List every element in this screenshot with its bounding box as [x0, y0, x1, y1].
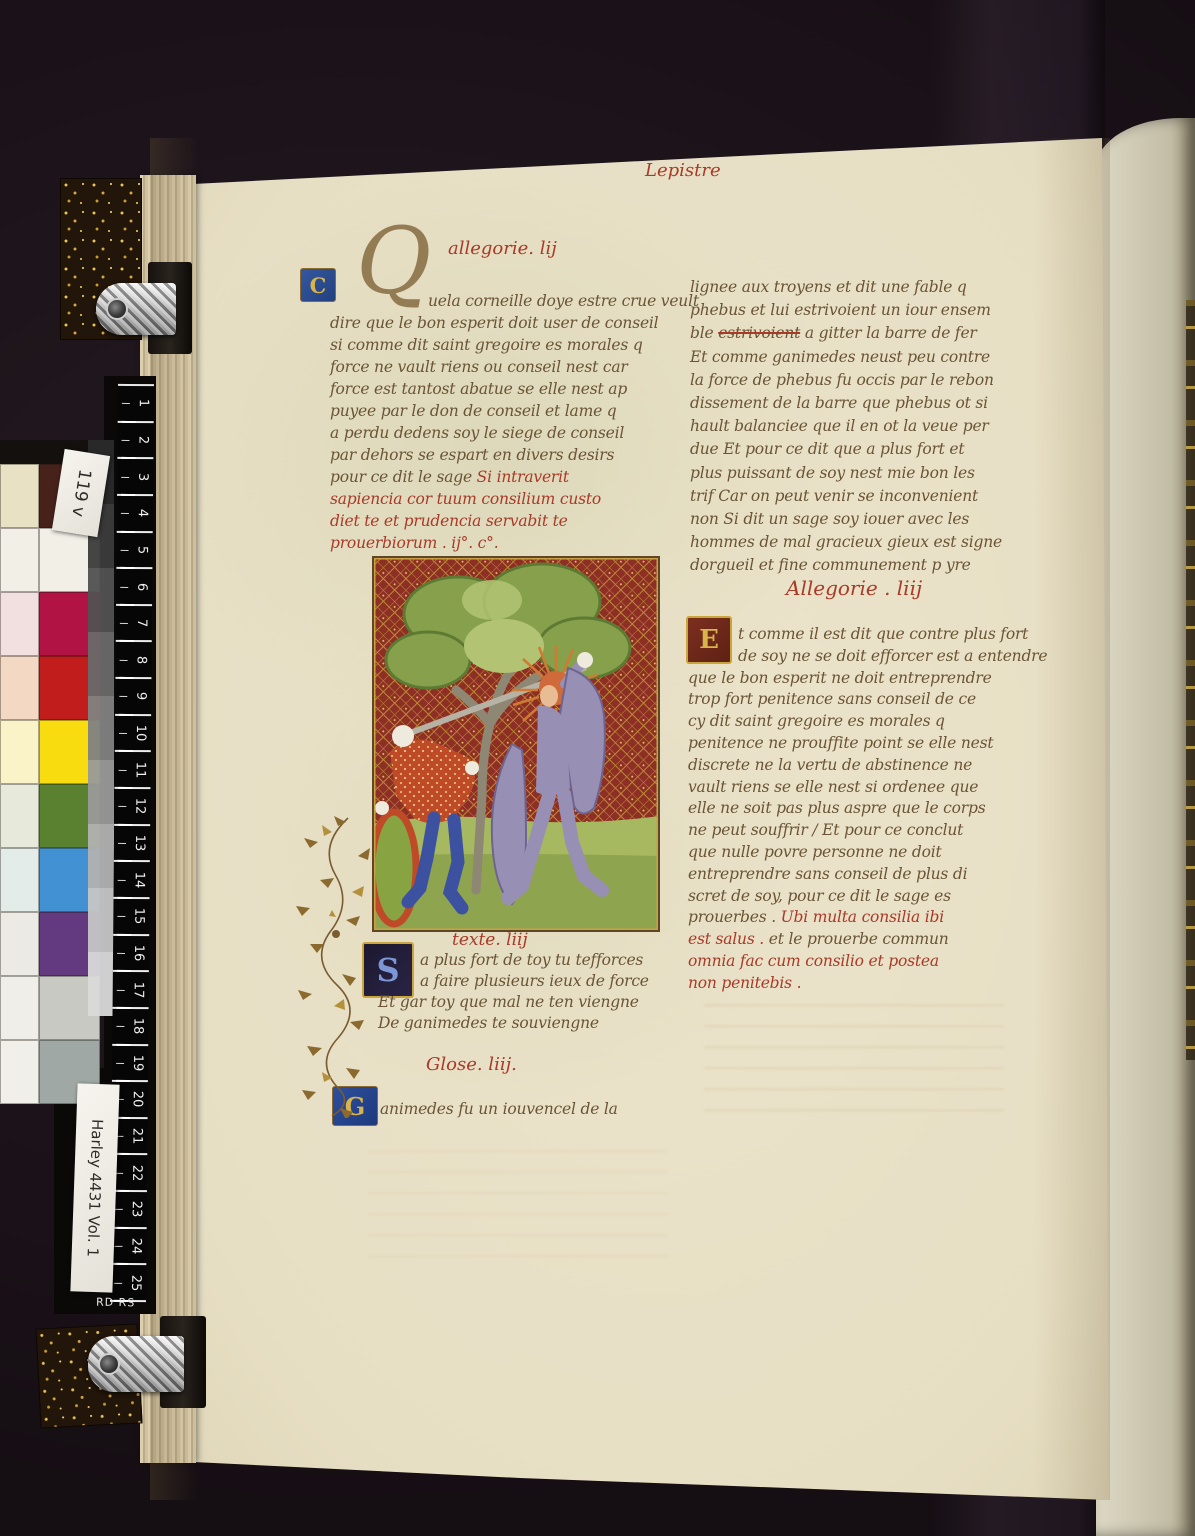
- text-line: hault balanciee que il en ot la veue per: [690, 415, 1026, 438]
- text-line: Et comme ganimedes neust peu contre: [690, 346, 1026, 369]
- text-line: trop fort penitence sans conseil de ce: [688, 689, 1026, 711]
- color-swatch: [0, 592, 39, 656]
- text-line: prouerbiorum . ij°. c°.: [330, 532, 686, 554]
- text-line: phebus et lui estrivoient un iour ensem: [690, 299, 1026, 322]
- running-title: Lepistre: [645, 160, 721, 181]
- phebus-face: [540, 685, 558, 707]
- gray-step: [88, 824, 114, 888]
- gilt-page-edge: [1186, 300, 1195, 1060]
- gray-step: [88, 952, 114, 1016]
- ruler-cm-cell: 5: [116, 532, 152, 569]
- allegorie-53-header: Allegorie . liij: [786, 576, 922, 600]
- text-line: dissement de la barre que phebus ot si: [690, 392, 1026, 415]
- metal-clip-bottom: [88, 1336, 184, 1392]
- text-line: a plus fort de toy tu tefforces: [378, 950, 698, 971]
- ivy-vine-decoration: [288, 816, 378, 1118]
- text-line: a perdu dedens soy le siege de conseil: [330, 422, 686, 444]
- text-line: ne peut souffrir / Et pour ce conclut: [688, 820, 1026, 842]
- gray-step: [88, 696, 114, 760]
- ruler-cm-cell: 19: [112, 1045, 148, 1082]
- text-line: pour ce dit le sage Si intraverit: [330, 466, 686, 488]
- ruler-cm-cell: 11: [114, 752, 150, 789]
- colorbar-row: [0, 912, 100, 976]
- facing-page-edges: [1096, 118, 1195, 1536]
- phebus-hand: [577, 652, 593, 668]
- ruler-cm-cell: 6: [116, 569, 152, 606]
- text-line: force ne vault riens ou conseil nest car: [330, 356, 686, 378]
- text-line: a faire plusieurs ieux de force: [378, 971, 698, 992]
- ruler-cm-cell: 24: [110, 1229, 146, 1266]
- text-line: animedes fu un iouvencel de la: [380, 1098, 710, 1120]
- text-line: entreprendre sans conseil de plus di: [688, 864, 1026, 886]
- ruler-cm-cell: 17: [113, 972, 149, 1009]
- text-line: prouerbes . Ubi multa consilia ibi: [688, 907, 1026, 929]
- gray-step: [88, 760, 114, 824]
- text-line: sapiencia cor tuum consilium custo: [330, 488, 686, 510]
- clip-hole: [98, 1353, 120, 1375]
- text-line: elle ne soit pas plus aspre que le corps: [688, 798, 1026, 820]
- text-line: que nulle povre personne ne doit: [688, 842, 1026, 864]
- ruler-cm-cell: 3: [117, 459, 153, 496]
- color-swatch: [0, 912, 39, 976]
- ruler-cm-cell: 10: [115, 716, 151, 753]
- text-line: dire que le bon esperit doit user de con…: [330, 312, 686, 334]
- glose-header: Glose. liij.: [426, 1054, 517, 1075]
- bleed-through-text: [368, 1150, 668, 1262]
- text-line: ble estrivoient a gitter la barre de fer: [690, 322, 1026, 345]
- miniature-ganymede-phebus: [372, 556, 660, 932]
- color-swatch: [0, 720, 39, 784]
- text-line: scret de soy, pour ce dit le sage es: [688, 886, 1026, 908]
- text-line: uela corneille doye estre crue veult: [330, 290, 686, 312]
- text-line: t comme il est dit que contre plus fort: [688, 624, 1026, 646]
- gray-step: [88, 568, 114, 632]
- ruler-cm-cell: 9: [115, 679, 151, 716]
- text-line: trif Car on peut venir se inconvenient: [690, 485, 1026, 508]
- text-line: dorgueil et fine communement p yre: [690, 554, 1026, 577]
- ganymede-head: [392, 725, 414, 747]
- ruler-cm-cell: 1: [118, 386, 154, 423]
- text-line: non penitebis .: [688, 973, 1026, 995]
- left-text-column: uela corneille doye estre crue veultdire…: [330, 290, 686, 554]
- ruler-cm-cell: 16: [113, 935, 149, 972]
- ivy-gold-leaves: [322, 825, 364, 1082]
- text-line: lignee aux troyens et dit une fable q: [690, 276, 1026, 299]
- ruler-cm-cell: 18: [112, 1009, 148, 1046]
- ruler-caption: RD RS: [96, 1296, 135, 1310]
- color-swatch: [0, 1040, 39, 1104]
- ruler-cm-cell: 2: [117, 422, 153, 459]
- text-line: la force de phebus fu occis par le rebon: [690, 369, 1026, 392]
- metal-clip-top: [96, 283, 176, 335]
- shelfmark-sticker: Harley 4431 Vol. 1: [70, 1083, 119, 1292]
- color-swatch: [0, 784, 39, 848]
- text-line: si comme dit saint gregoire es morales q: [330, 334, 686, 356]
- text-line: est salus . et le prouerbe commun: [688, 929, 1026, 951]
- gray-step: [88, 888, 114, 952]
- color-swatch: [0, 976, 39, 1040]
- text-line: omnia fac cum consilio et postea: [688, 951, 1026, 973]
- clip-hole: [106, 298, 128, 320]
- ruler-cm-cell: 7: [116, 606, 152, 643]
- text-line: puyee par le don de conseil et lame q: [330, 400, 686, 422]
- color-swatch: [0, 656, 39, 720]
- ruler-cm-cell: 15: [113, 899, 149, 936]
- text-line: cy dit saint gregoire es morales q: [688, 711, 1026, 733]
- right-text-column-allegorie: t comme il est dit que contre plus fortd…: [688, 624, 1026, 995]
- text-line: de soy ne se doit efforcer est a entendr…: [688, 646, 1026, 668]
- color-calibration-bar: [0, 440, 100, 1104]
- ruler-cm-cell: 12: [114, 789, 150, 826]
- text-line: hommes de mal gracieux gieux est signe: [690, 531, 1026, 554]
- colorbar-row: [0, 976, 100, 1040]
- manuscript-photo-scene: 1234567891011121314151617181920212223242…: [0, 0, 1195, 1536]
- text-line: penitence ne prouffite point se elle nes…: [688, 733, 1026, 755]
- glose-first-line: animedes fu un iouvencel de la: [380, 1098, 710, 1120]
- texte-header: texte. liij: [452, 930, 528, 950]
- right-text-column-glose: lignee aux troyens et dit une fable qphe…: [690, 276, 1026, 578]
- text-line: plus puissant de soy nest mie bon les: [690, 462, 1026, 485]
- text-line: Et gar toy que mal ne ten viengne: [378, 992, 698, 1013]
- colorbar-row: [0, 720, 100, 784]
- ruler-cm-cell: 14: [114, 862, 150, 899]
- text-line: discrete ne la vertu de abstinence ne: [688, 755, 1026, 777]
- colorbar-row: [0, 656, 100, 720]
- text-line: force est tantost abatue se elle nest ap: [330, 378, 686, 400]
- colorbar-row: [0, 592, 100, 656]
- color-swatch: [0, 848, 39, 912]
- ruler-cm-cell: 4: [117, 496, 153, 533]
- text-line: vault riens se elle nest si ordenee que: [688, 777, 1026, 799]
- allegorie-52-header: allegorie. lij: [448, 238, 557, 259]
- gray-step: [88, 632, 114, 696]
- text-line: due Et pour ce dit que a plus fort et: [690, 438, 1026, 461]
- text-line: non Si dit un sage soy iouer avec les: [690, 508, 1026, 531]
- ivy-leaves: [296, 816, 370, 1118]
- text-line: par dehors se espart en divers desirs: [330, 444, 686, 466]
- text-line: De ganimedes te souviengne: [378, 1013, 698, 1034]
- text-line: diet te et prudencia servabit te: [330, 510, 686, 532]
- ruler-cm-cell: 8: [115, 642, 151, 679]
- colorbar-row: [0, 528, 100, 592]
- colorbar-row: [0, 848, 100, 912]
- color-swatch: [0, 464, 39, 528]
- bleed-through-text: [704, 1004, 1004, 1112]
- ruler-cm-cell: 23: [111, 1192, 147, 1229]
- color-swatch: [0, 528, 39, 592]
- colorbar-row: [0, 784, 100, 848]
- texte-verse-lines: a plus fort de toy tu tefforcesa faire p…: [378, 950, 698, 1034]
- ruler-cm-cell: 13: [114, 826, 150, 863]
- text-line: que le bon esperit ne doit entreprendre: [688, 668, 1026, 690]
